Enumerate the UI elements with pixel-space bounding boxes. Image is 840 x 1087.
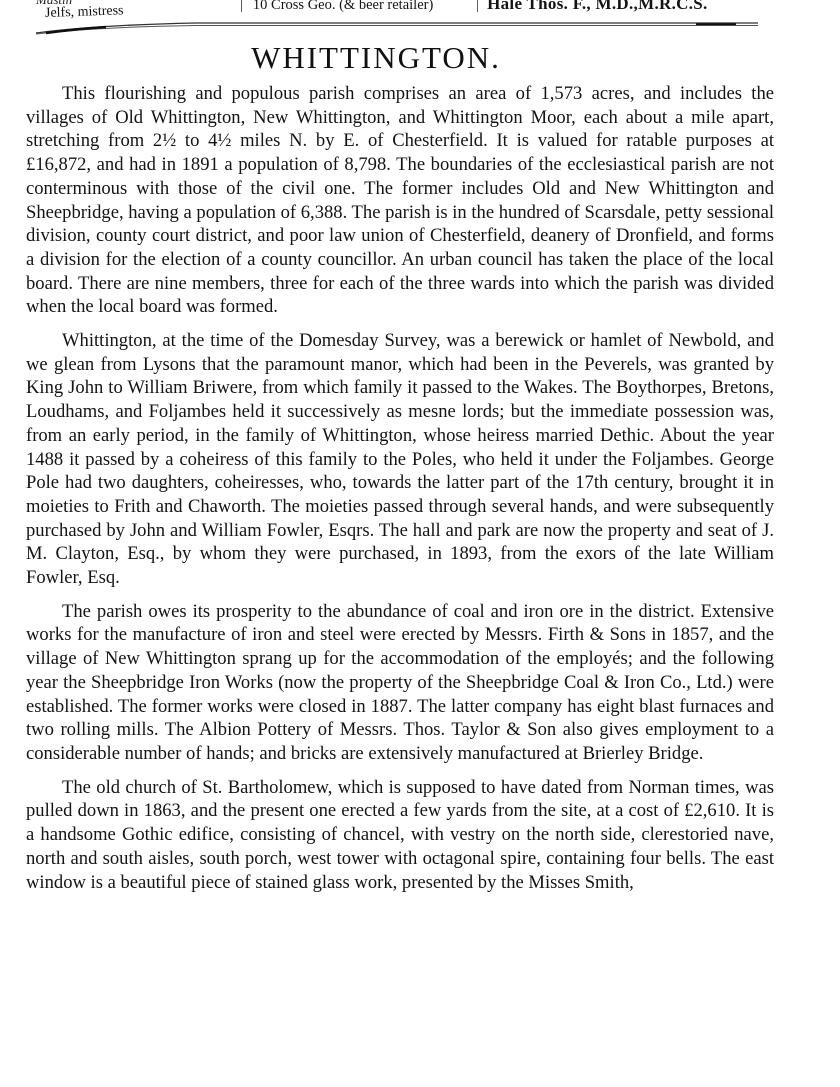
fragment-middle-entry: |10 Cross Geo. (& beer retailer)	[240, 0, 433, 13]
paragraph-history: Whittington, at the time of the Domesday…	[26, 329, 774, 590]
paragraph-church: The old church of St. Bartholomew, which…	[26, 776, 774, 895]
section-body: This flourishing and populous parish com…	[26, 82, 774, 904]
fragment-middle-text: 10 Cross Geo. (& beer retailer)	[253, 0, 433, 13]
paragraph-industry: The parish owes its prosperity to the ab…	[26, 600, 774, 766]
paragraph-overview: This flourishing and populous parish com…	[26, 82, 774, 319]
double-rule-divider-icon	[36, 21, 758, 35]
column-separator-icon: |	[240, 0, 243, 13]
fragment-right-text: Hale Thos. F., M.D.,M.R.C.S.	[487, 0, 707, 13]
previous-listing-fragment: Mastin Jelfs, mistress |10 Cross Geo. (&…	[0, 0, 840, 22]
column-separator-icon: |	[476, 0, 479, 13]
fragment-right-entry: |Hale Thos. F., M.D.,M.R.C.S.	[476, 0, 708, 13]
fragment-left-text: Jelfs, mistress	[45, 3, 124, 21]
directory-page: Mastin Jelfs, mistress |10 Cross Geo. (&…	[0, 0, 840, 1087]
section-title: WHITTINGTON.	[0, 40, 752, 76]
